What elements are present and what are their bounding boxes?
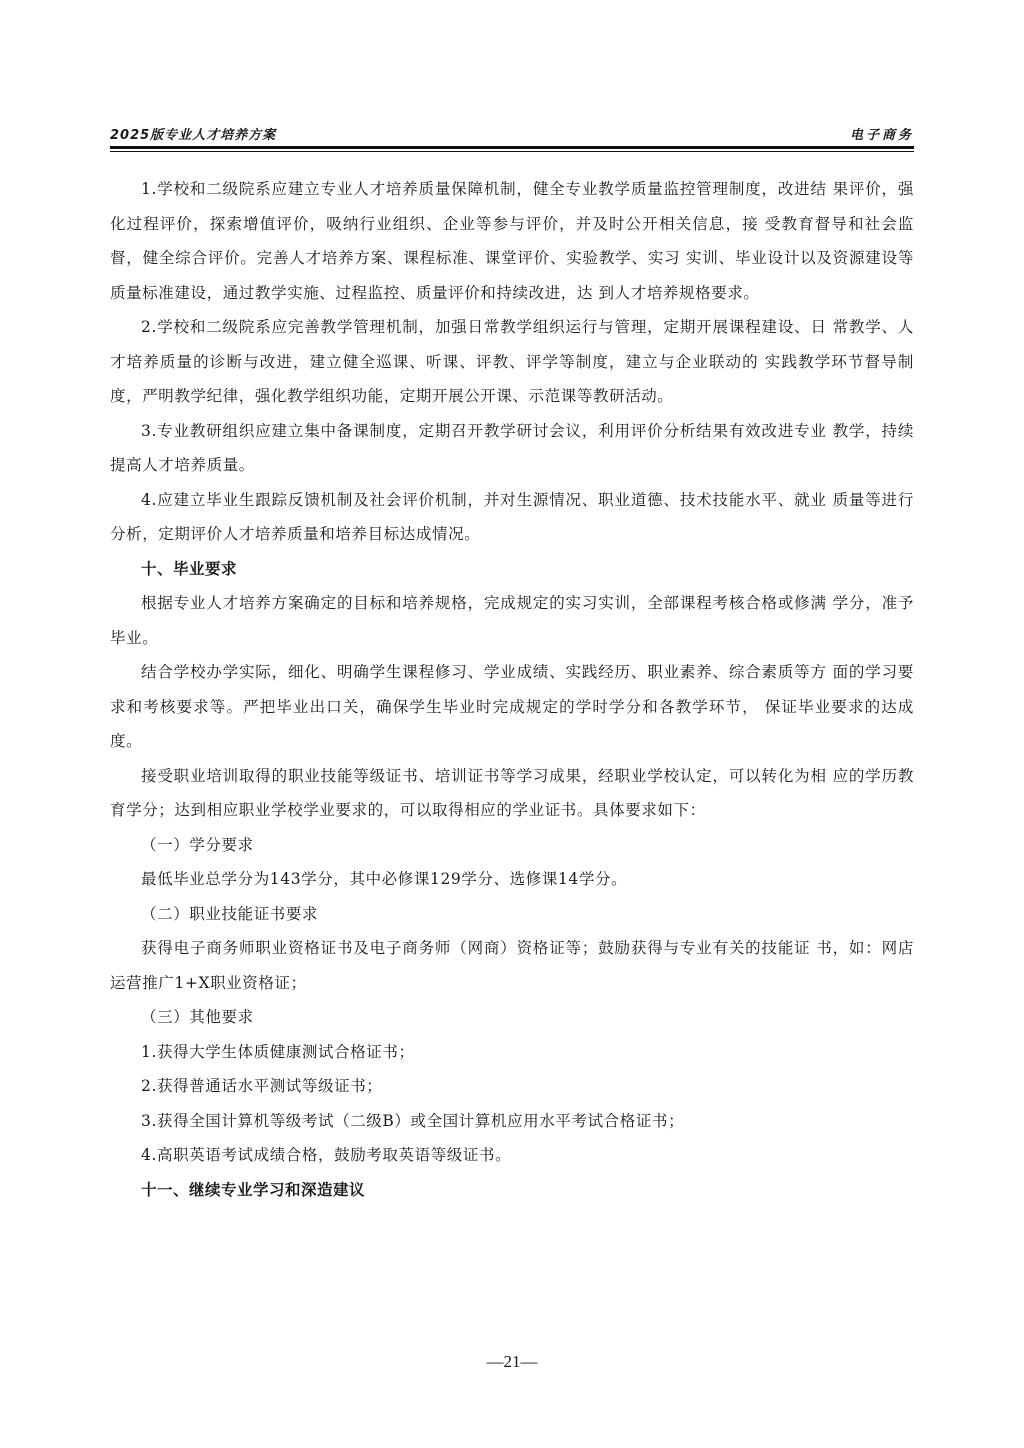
- section-heading-further-study: 十一、继续专业学习和深造建议: [110, 1173, 914, 1208]
- list-item-mandarin-certificate: 2.获得普通话水平测试等级证书；: [110, 1069, 914, 1104]
- page-number: —21—: [0, 1352, 1024, 1372]
- header-rule-thin: [110, 151, 914, 152]
- page-body: 1.学校和二级院系应建立专业人才培养质量保障机制，健全专业教学质量监控管理制度，…: [110, 172, 914, 1207]
- paragraph-teaching-management: 2.学校和二级院系应完善教学管理机制，加强日常教学组织运行与管理，定期开展课程建…: [110, 310, 914, 414]
- subheading-other-requirements: （三）其他要求: [110, 1000, 914, 1035]
- section-heading-graduation-requirements: 十、毕业要求: [110, 552, 914, 587]
- paragraph-quality-assurance: 1.学校和二级院系应建立专业人才培养质量保障机制，健全专业教学质量监控管理制度，…: [110, 172, 914, 310]
- paragraph-graduation-basis: 根据专业人才培养方案确定的目标和培养规格，完成规定的实习实训，全部课程考核合格或…: [110, 586, 914, 655]
- subheading-skill-certificates: （二）职业技能证书要求: [110, 897, 914, 932]
- list-item-fitness-certificate: 1.获得大学生体质健康测试合格证书；: [110, 1035, 914, 1070]
- paragraph-graduation-detail: 结合学校办学实际，细化、明确学生课程修习、学业成绩、实践经历、职业素养、综合素质…: [110, 655, 914, 759]
- list-item-english-exam: 4.高职英语考试成绩合格，鼓励考取英语等级证书。: [110, 1138, 914, 1173]
- paragraph-certificates: 获得电子商务师职业资格证书及电子商务师（网商）资格证等；鼓励获得与专业有关的技能…: [110, 931, 914, 1000]
- paragraph-lesson-preparation: 3.专业教研组织应建立集中备课制度，定期召开教学研讨会议，利用评价分析结果有效改…: [110, 414, 914, 483]
- list-item-computer-certificate: 3.获得全国计算机等级考试（二级B）或全国计算机应用水平考试合格证书；: [110, 1104, 914, 1139]
- subheading-credit-requirements: （一）学分要求: [110, 828, 914, 863]
- paragraph-credit-conversion: 接受职业培训取得的职业技能等级证书、培训证书等学习成果，经职业学校认定，可以转化…: [110, 759, 914, 828]
- header-rule-thick: [110, 146, 914, 149]
- paragraph-graduate-tracking: 4.应建立毕业生跟踪反馈机制及社会评价机制，并对生源情况、职业道德、技术技能水平…: [110, 483, 914, 552]
- major-name: 电子商务: [850, 124, 914, 143]
- document-title: 2025版专业人才培养方案: [110, 124, 276, 143]
- paragraph-credit-total: 最低毕业总学分为143学分，其中必修课129学分、选修课14学分。: [110, 862, 914, 897]
